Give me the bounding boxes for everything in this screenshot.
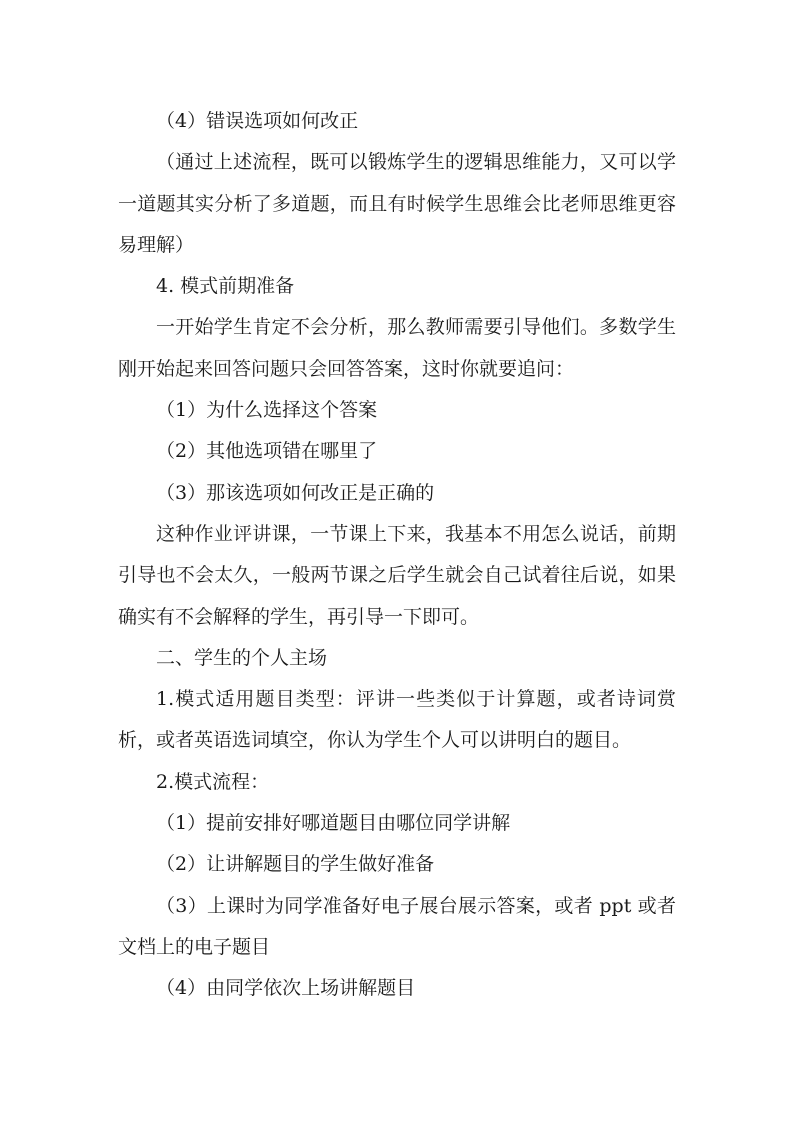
list-item-4-correct-wrong-option: （4）错误选项如何改正 xyxy=(118,101,676,142)
list-item-2-other-options-wrong: （2）其他选项错在哪里了 xyxy=(118,431,676,472)
list-item-1-why-this-answer: （1）为什么选择这个答案 xyxy=(118,390,676,431)
section-heading-4-preparation: 4. 模式前期准备 xyxy=(118,266,676,307)
paragraph-guide-students: 一开始学生肯定不会分析，那么教师需要引导他们。多数学生刚开始起来回答问题只会回答… xyxy=(118,307,676,390)
section-heading-mode-process: 2.模式流程： xyxy=(118,762,676,803)
paragraph-process-benefit-note: （通过上述流程，既可以锻炼学生的逻辑思维能力，又可以学一道题其实分析了多道题，而… xyxy=(118,142,676,266)
list-item-3-how-to-correct: （3）那该选项如何改正是正确的 xyxy=(118,473,676,514)
list-item-3-prepare-display: （3）上课时为同学准备好电子展台展示答案，或者 ppt 或者文档上的电子题目 xyxy=(118,886,676,969)
paragraph-mode-question-types: 1.模式适用题目类型：评讲一些类似于计算题，或者诗词赏析，或者英语选词填空，你认… xyxy=(118,679,676,762)
list-item-4-students-present: （4）由同学依次上场讲解题目 xyxy=(118,968,676,1009)
paragraph-review-class-experience: 这种作业评讲课，一节课上下来，我基本不用怎么说话，前期引导也不会太久，一般两节课… xyxy=(118,514,676,638)
section-heading-student-personal-stage: 二、学生的个人主场 xyxy=(118,638,676,679)
list-item-2-students-prepare: （2）让讲解题目的学生做好准备 xyxy=(118,844,676,885)
list-item-1-arrange-presenters: （1）提前安排好哪道题目由哪位同学讲解 xyxy=(118,803,676,844)
document-page: （4）错误选项如何改正 （通过上述流程，既可以锻炼学生的逻辑思维能力，又可以学一… xyxy=(118,101,676,1010)
